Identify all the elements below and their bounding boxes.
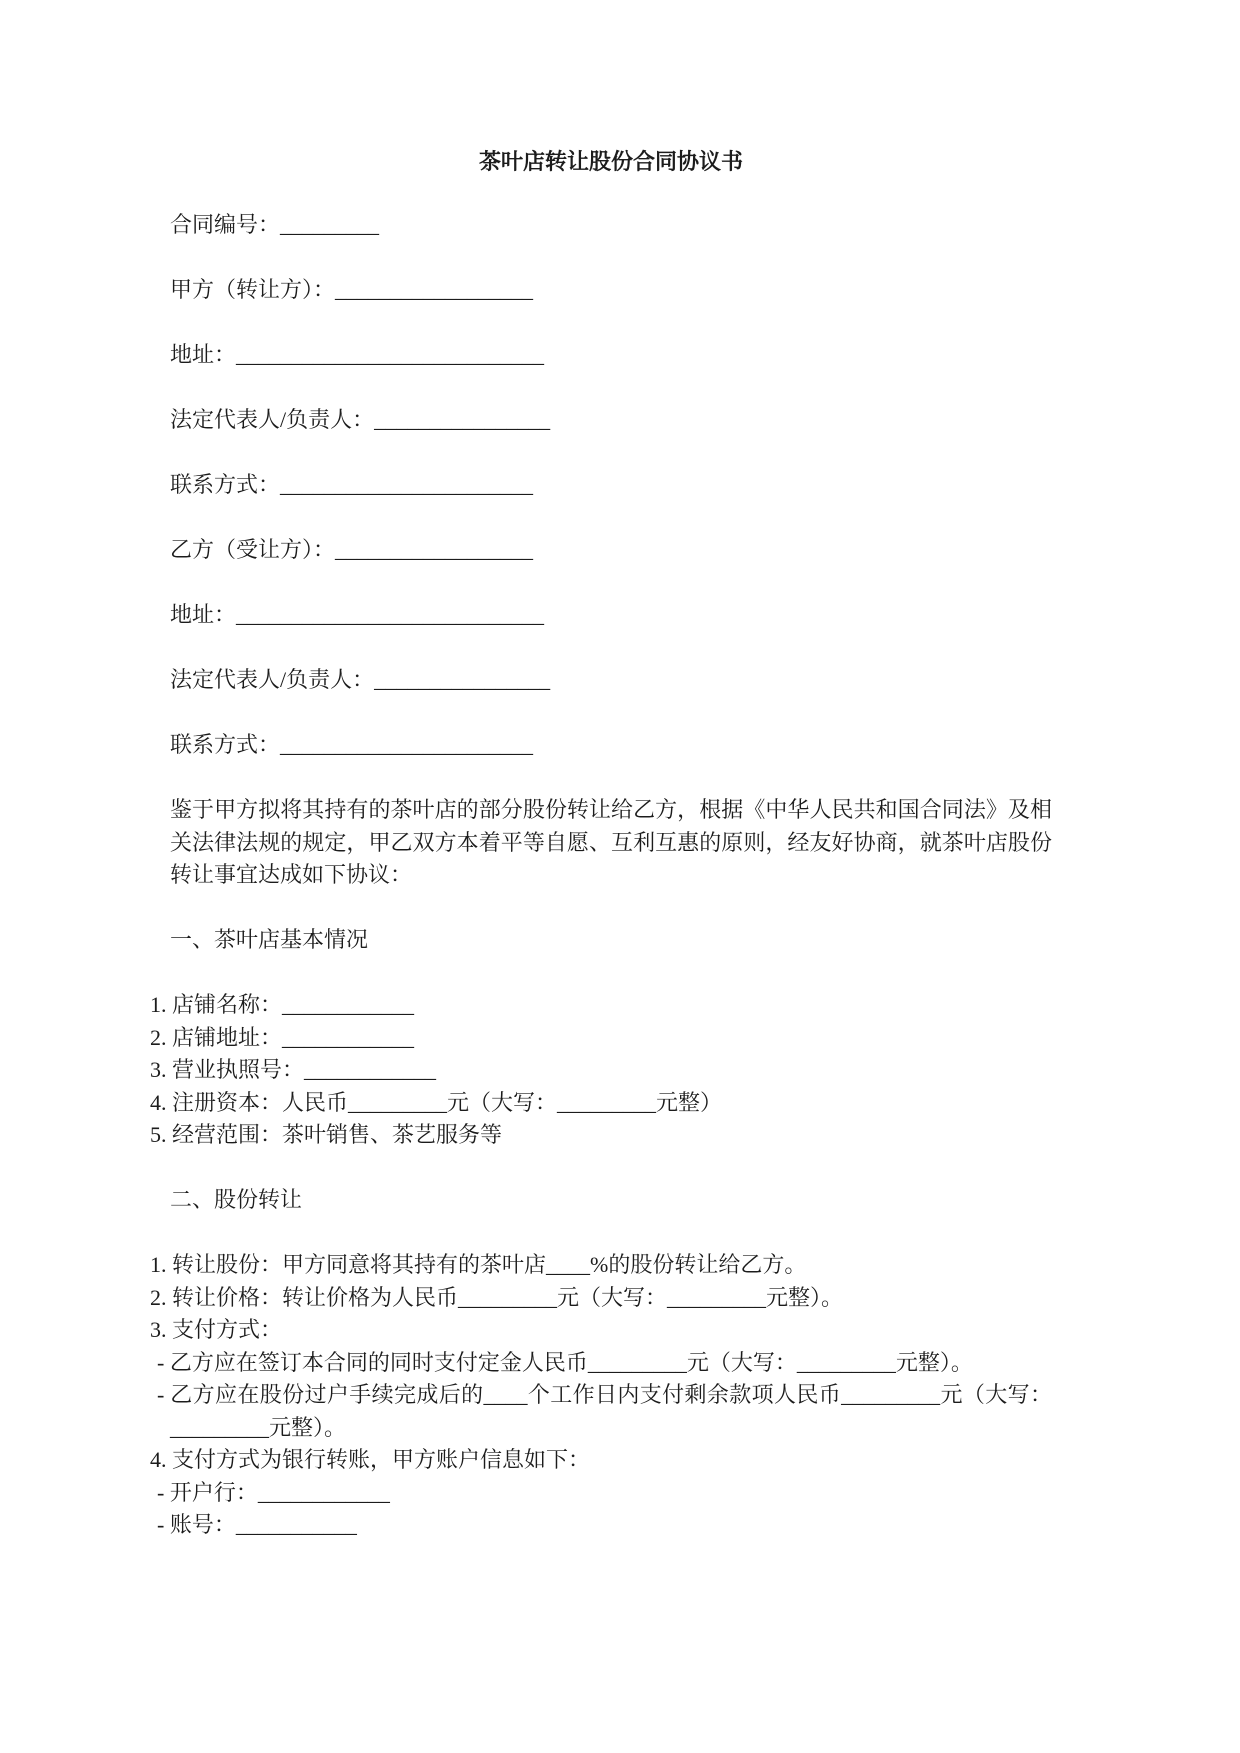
section-2-items: 1. 转让股份：甲方同意将其持有的茶叶店____%的股份转让给乙方。 2. 转让… (170, 1249, 1052, 1542)
blank-line: __________________ (335, 537, 533, 562)
field-party-a-legal-rep: 法定代表人/负责人：________________ (170, 404, 1052, 437)
field-label: 联系方式： (170, 472, 280, 497)
field-party-b-legal-rep: 法定代表人/负责人：________________ (170, 664, 1052, 697)
preamble-paragraph: 鉴于甲方拟将其持有的茶叶店的部分股份转让给乙方，根据《中华人民共和国合同法》及相… (170, 794, 1052, 892)
deposit-payment-bullet: - 乙方应在签订本合同的同时支付定金人民币_________元（大写：_____… (170, 1347, 1052, 1380)
field-party-b-contact: 联系方式：_______________________ (170, 729, 1052, 762)
field-party-a: 甲方（转让方）：__________________ (170, 274, 1052, 307)
blank-line: _________ (280, 212, 379, 237)
section-1-heading: 一、茶叶店基本情况 (170, 924, 1052, 957)
blank-line: ________________ (374, 667, 550, 692)
shop-name-item: 1. 店铺名称：____________ (170, 989, 1052, 1022)
contract-title: 茶叶店转让股份合同协议书 (170, 145, 1052, 178)
license-number-item: 3. 营业执照号：____________ (170, 1054, 1052, 1087)
field-label: 地址： (170, 342, 236, 367)
bank-transfer-item: 4. 支付方式为银行转账，甲方账户信息如下： (170, 1444, 1052, 1477)
blank-line: _______________________ (280, 732, 533, 757)
field-label: 法定代表人/负责人： (170, 667, 374, 692)
bank-name-bullet: - 开户行：____________ (170, 1477, 1052, 1510)
account-number-bullet: - 账号：___________ (170, 1509, 1052, 1542)
shop-address-item: 2. 店铺地址：____________ (170, 1022, 1052, 1055)
blank-line: __________________ (335, 277, 533, 302)
transfer-price-item: 2. 转让价格：转让价格为人民币_________元（大写：_________元… (170, 1282, 1052, 1315)
field-label: 甲方（转让方）： (170, 277, 335, 302)
field-contract-number: 合同编号：_________ (170, 209, 1052, 242)
business-scope-item: 5. 经营范围：茶叶销售、茶艺服务等 (170, 1119, 1052, 1152)
field-label: 乙方（受让方）： (170, 537, 335, 562)
field-label: 地址： (170, 602, 236, 627)
field-label: 合同编号： (170, 212, 280, 237)
field-party-a-contact: 联系方式：_______________________ (170, 469, 1052, 502)
blank-line: _______________________ (280, 472, 533, 497)
header-fields: 合同编号：_________ 甲方（转让方）：_________________… (170, 209, 1052, 762)
field-party-a-address: 地址：____________________________ (170, 339, 1052, 372)
blank-line: ________________ (374, 407, 550, 432)
blank-line: ____________________________ (236, 342, 544, 367)
registered-capital-item: 4. 注册资本：人民币_________元（大写：_________元整） (170, 1087, 1052, 1120)
remaining-payment-bullet: - 乙方应在股份过户手续完成后的____个工作日内支付剩余款项人民币______… (170, 1379, 1052, 1444)
payment-method-item: 3. 支付方式： (170, 1314, 1052, 1347)
blank-line: ____________________________ (236, 602, 544, 627)
field-label: 联系方式： (170, 732, 280, 757)
contract-document: 茶叶店转让股份合同协议书 合同编号：_________ 甲方（转让方）：____… (0, 0, 1240, 1753)
field-party-b-address: 地址：____________________________ (170, 599, 1052, 632)
section-1-items: 1. 店铺名称：____________ 2. 店铺地址：___________… (170, 989, 1052, 1152)
field-label: 法定代表人/负责人： (170, 407, 374, 432)
field-party-b: 乙方（受让方）：__________________ (170, 534, 1052, 567)
section-2-heading: 二、股份转让 (170, 1184, 1052, 1217)
transfer-share-item: 1. 转让股份：甲方同意将其持有的茶叶店____%的股份转让给乙方。 (170, 1249, 1052, 1282)
